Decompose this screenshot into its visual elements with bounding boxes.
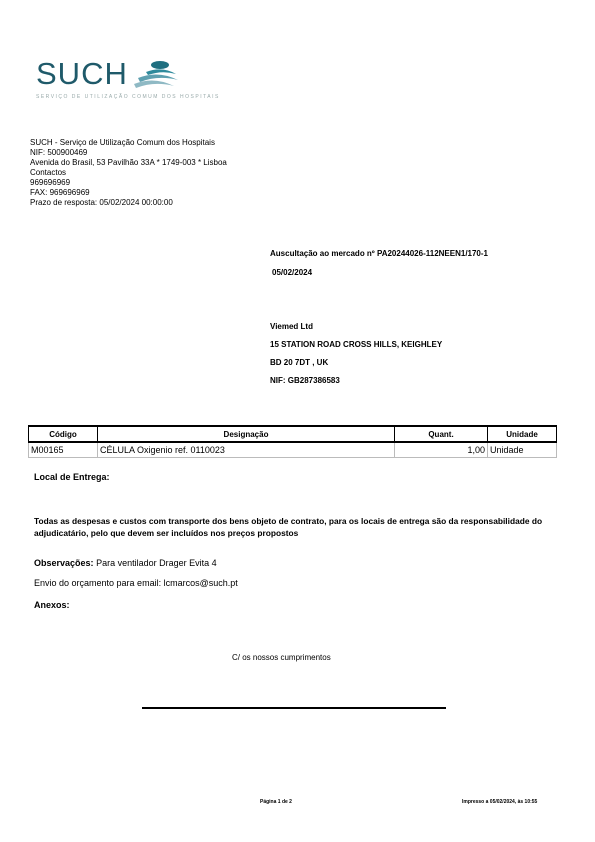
header-quant: Quant. — [395, 426, 488, 442]
cell-quant: 1,00 — [395, 442, 488, 458]
expenses-notice: Todas as despesas e custos com transport… — [34, 515, 554, 539]
header-designacao: Designação — [98, 426, 395, 442]
header-codigo: Código — [29, 426, 98, 442]
closing-regards: C/ os nossos cumprimentos — [232, 653, 331, 662]
table-row: M00165 CÉLULA Oxigenio ref. 0110023 1,00… — [29, 442, 557, 458]
sender-name: SUCH - Serviço de Utilização Comum dos H… — [30, 138, 227, 148]
supplier-block: Viemed Ltd 15 STATION ROAD CROSS HILLS, … — [270, 318, 442, 390]
supplier-nif: NIF: GB287386583 — [270, 372, 442, 390]
send-quote-email: Envio do orçamento para email: lcmarcos@… — [34, 578, 238, 588]
reference-date: 05/02/2024 — [272, 268, 312, 277]
sender-nif: NIF: 500900469 — [30, 148, 227, 158]
supplier-address: 15 STATION ROAD CROSS HILLS, KEIGHLEY — [270, 336, 442, 354]
sender-contacts-label: Contactos — [30, 168, 227, 178]
sender-phone: 969696969 — [30, 178, 227, 188]
reference-title: Auscultação ao mercado nº PA20244026-112… — [270, 249, 488, 258]
signature-line — [142, 707, 446, 709]
observations: Observações: Para ventilador Drager Evit… — [34, 558, 217, 568]
sender-fax: FAX: 969696969 — [30, 188, 227, 198]
items-table: Código Designação Quant. Unidade M00165 … — [28, 425, 557, 458]
cell-unidade: Unidade — [488, 442, 557, 458]
sender-block: SUCH - Serviço de Utilização Comum dos H… — [30, 138, 227, 208]
delivery-location-label: Local de Entrega: — [34, 472, 110, 482]
attachments-label: Anexos: — [34, 600, 70, 610]
response-deadline: Prazo de resposta: 05/02/2024 00:00:00 — [30, 198, 227, 208]
table-header-row: Código Designação Quant. Unidade — [29, 426, 557, 442]
observations-value: Para ventilador Drager Evita 4 — [96, 558, 217, 568]
page-number: Página 1 de 2 — [260, 799, 292, 805]
logo-waves-icon — [132, 58, 182, 90]
logo-tagline: SERVIÇO DE UTILIZAÇÃO COMUM DOS HOSPITAI… — [36, 94, 220, 100]
print-timestamp: Impresso a 05/02/2024, às 10:55 — [462, 799, 537, 805]
sender-address: Avenida do Brasil, 53 Pavilhão 33A * 174… — [30, 158, 227, 168]
header-unidade: Unidade — [488, 426, 557, 442]
supplier-name: Viemed Ltd — [270, 318, 442, 336]
cell-designacao: CÉLULA Oxigenio ref. 0110023 — [98, 442, 395, 458]
supplier-postal: BD 20 7DT , UK — [270, 354, 442, 372]
cell-codigo: M00165 — [29, 442, 98, 458]
observations-label: Observações: — [34, 558, 94, 568]
logo-text: SUCH — [36, 58, 128, 89]
